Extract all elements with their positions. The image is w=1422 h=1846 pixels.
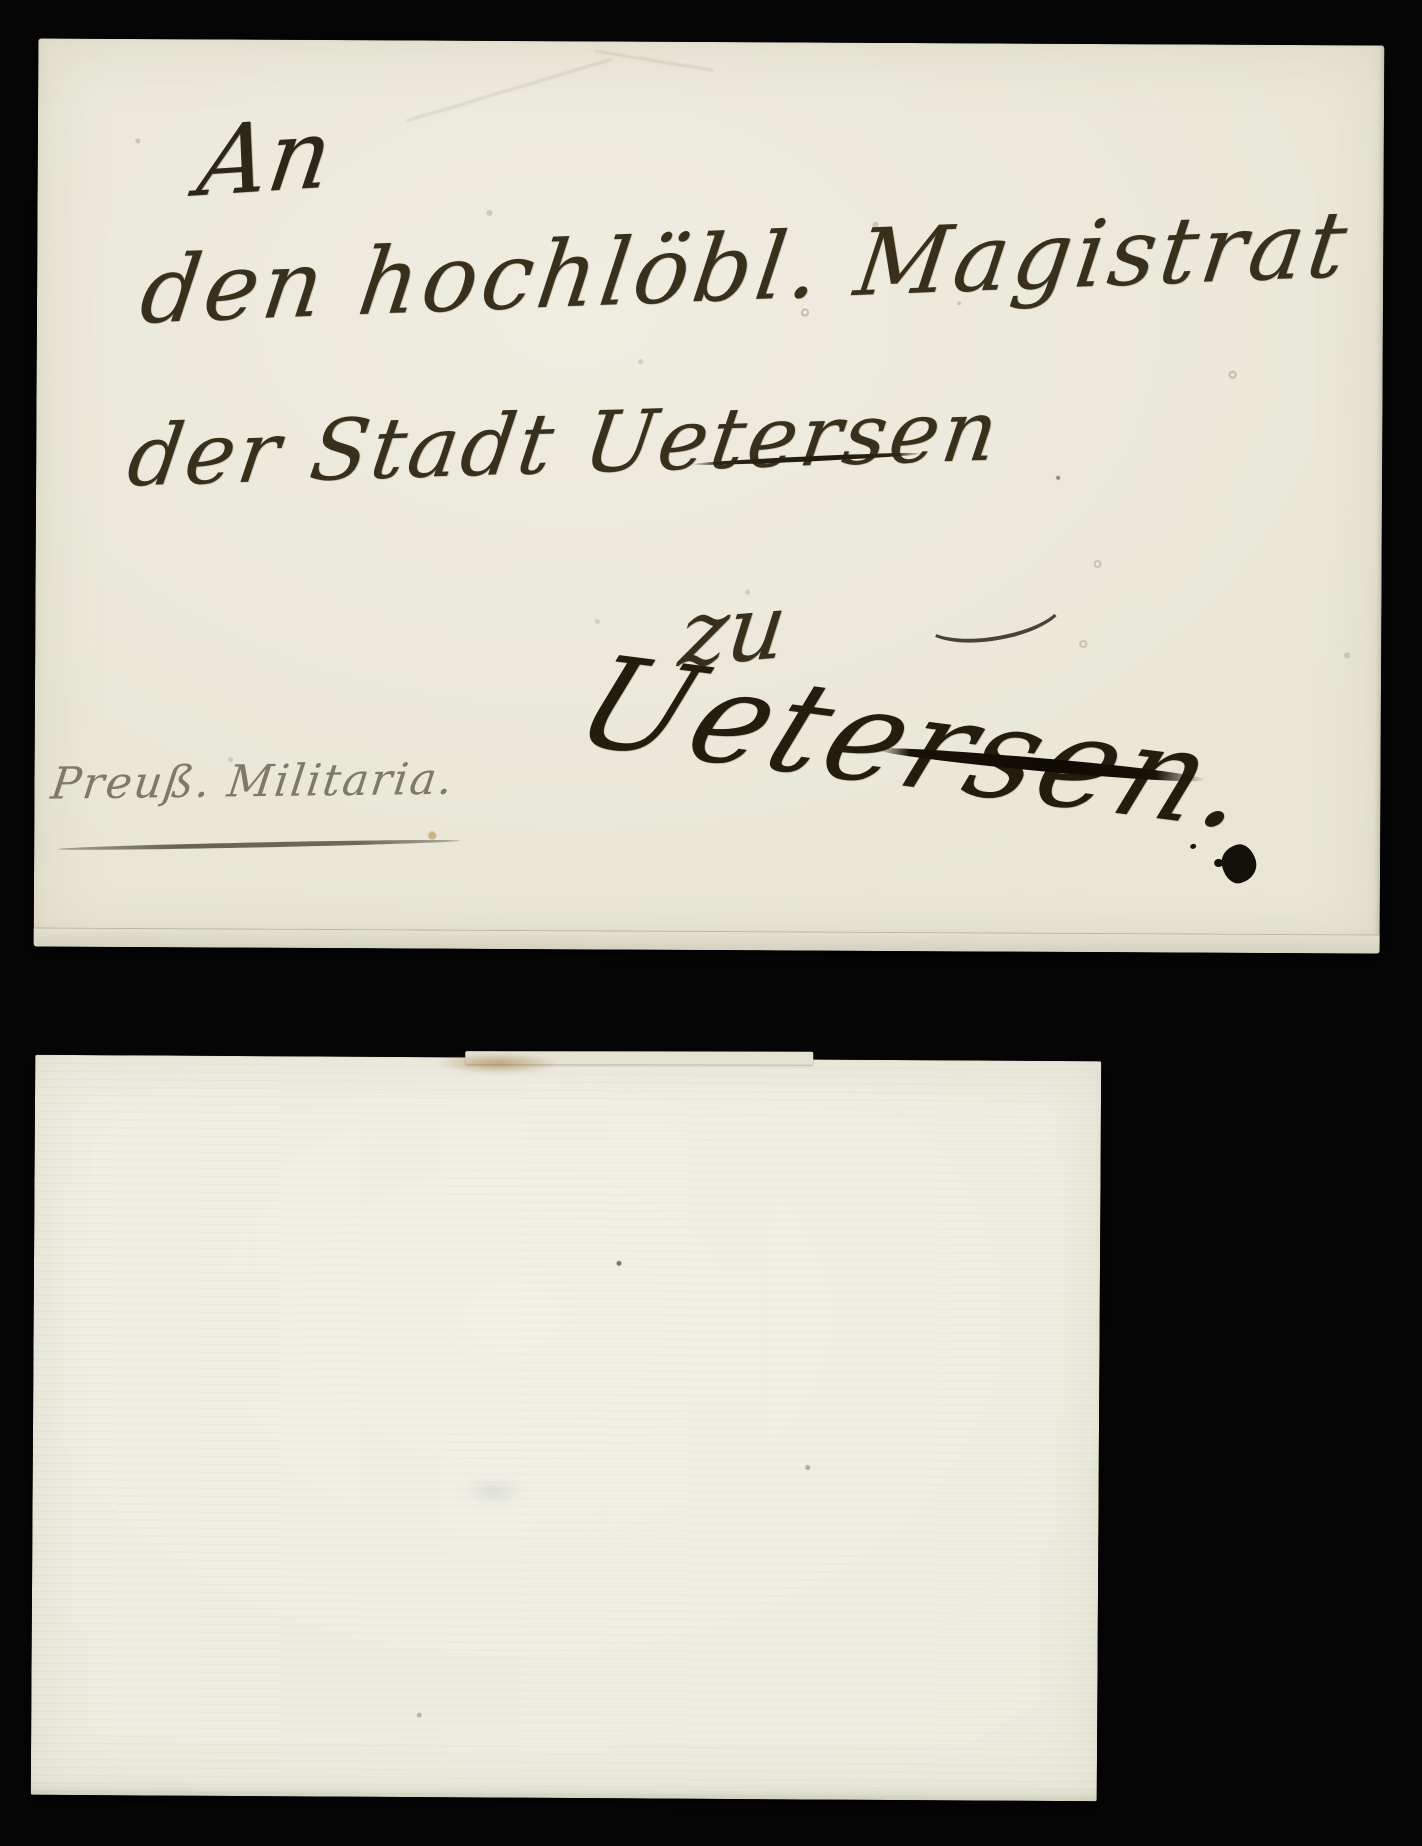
blank-letter-sheet: [31, 1055, 1102, 1801]
address-line-recipient: den hochlöbl. Magistrat: [135, 191, 1357, 345]
pen-flourish: [918, 572, 1070, 652]
paper-crease: [406, 58, 613, 122]
envelope-front: An den hochlöbl. Magistrat der Stadt Uet…: [34, 38, 1385, 953]
envelope-bottom-edge: [34, 927, 1380, 953]
endorsement-underline: [58, 838, 460, 851]
sheet-smudge: [461, 1477, 525, 1505]
militaria-endorsement: Preuß. Militaria.: [48, 754, 457, 810]
address-line-destination: Uetersen.: [558, 630, 1281, 859]
address-line-salutation: An: [192, 97, 339, 219]
photo-background: An den hochlöbl. Magistrat der Stadt Uet…: [0, 0, 1422, 1846]
sheet-stain: [435, 1052, 559, 1075]
address-line-town-authority: der Stadt Uetersen: [122, 381, 1007, 505]
paper-crease: [595, 50, 714, 71]
